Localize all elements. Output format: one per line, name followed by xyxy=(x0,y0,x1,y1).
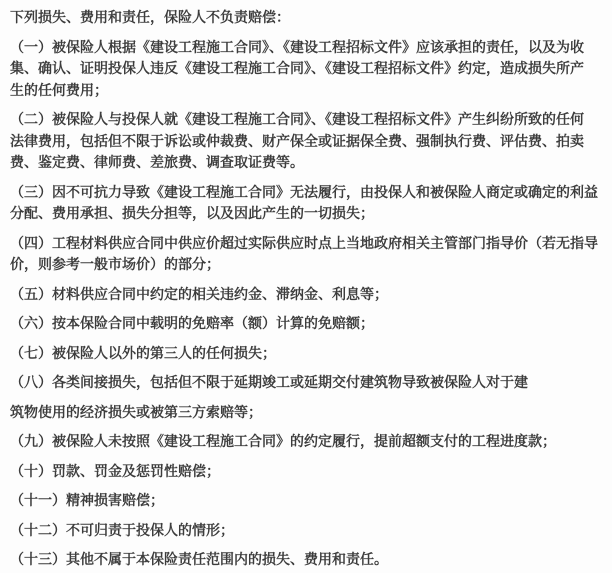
clause-paragraph-7: （七）被保险人以外的第三人的任何损失； xyxy=(10,343,606,365)
clause-paragraph-12: （十二）不可归责于投保人的情形； xyxy=(10,520,606,542)
policy-exclusions-document: 下列损失、费用和责任，保险人不负责赔偿： （一）被保险人根据《建设工程施工合同》… xyxy=(0,0,612,571)
clause-paragraph-13: （十三）其他不属于本保险责任范围内的损失、费用和责任。 xyxy=(10,549,606,571)
clause-paragraph-8-continued: 筑物使用的经济损失或被第三方索赔等； xyxy=(10,402,606,424)
clause-paragraph-11: （十一）精神损害赔偿； xyxy=(10,490,606,512)
clause-paragraph-1: （一）被保险人根据《建设工程施工合同》、《建设工程招标文件》应该承担的责任，以及… xyxy=(10,37,606,102)
clause-paragraph-9: （九）被保险人未按照《建设工程施工合同》的约定履行，提前超额支付的工程进度款； xyxy=(10,431,606,453)
clause-paragraph-5: （五）材料供应合同中约定的相关违约金、滞纳金、利息等； xyxy=(10,284,606,306)
document-heading: 下列损失、费用和责任，保险人不负责赔偿： xyxy=(10,7,606,29)
clause-paragraph-8: （八）各类间接损失，包括但不限于延期竣工或延期交付建筑物导致被保险人对于建 xyxy=(10,372,606,394)
clause-paragraph-6: （六）按本保险合同中载明的免赔率（额）计算的免赔额； xyxy=(10,313,606,335)
clause-paragraph-2: （二）被保险人与投保人就《建设工程施工合同》、《建设工程招标文件》产生纠纷所致的… xyxy=(10,109,606,174)
clause-paragraph-4: （四）工程材料供应合同中供应价超过实际供应时点上当地政府相关主管部门指导价（若无… xyxy=(10,233,606,276)
clause-paragraph-10: （十）罚款、罚金及惩罚性赔偿； xyxy=(10,461,606,483)
clause-paragraph-3: （三）因不可抗力导致《建设工程施工合同》无法履行，由投保人和被保险人商定或确定的… xyxy=(10,182,606,225)
